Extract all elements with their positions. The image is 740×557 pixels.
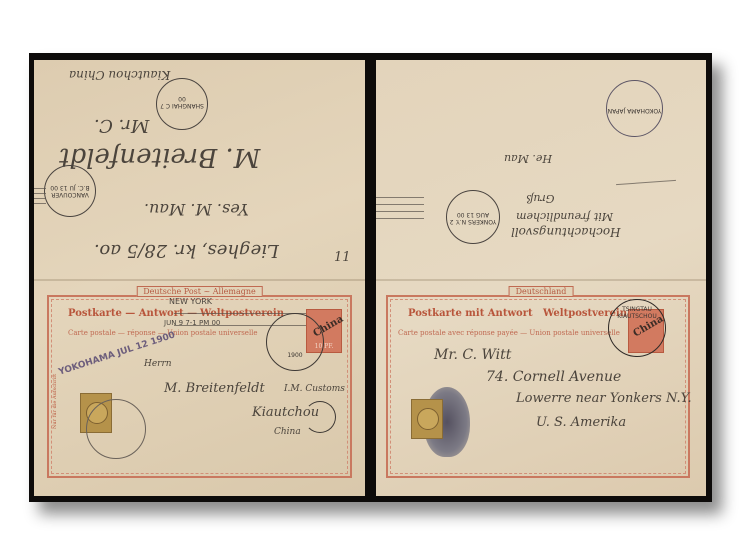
back-handwriting: Gruß <box>526 192 554 205</box>
back-handwriting: M. Breitenfeldt <box>59 142 260 172</box>
back-handwriting: Mr. C. <box>94 115 149 136</box>
back-handwriting: Yes. M. Mau. <box>144 200 249 219</box>
left-card-address-side: Deutsche Post ~ Allemagne Postkarte — An… <box>34 281 365 496</box>
yonkers-postmark: YONKERS N.Y. 2 AUG 13 00 <box>446 190 500 244</box>
partial-postmark <box>304 401 336 433</box>
card-subtitle: Carte postale avec réponse payée — Union… <box>398 329 620 337</box>
card-title: Postkarte mit Antwort <box>408 308 533 319</box>
vancouver-postmark: VANCOUVER B.C. JU 13 00 <box>44 165 96 217</box>
left-card-back: Kiautchou China Mr. C. M. Breitenfeldt Y… <box>34 60 365 279</box>
circular-postmark: 1900 <box>266 313 324 371</box>
coiling-dragon-stamp <box>411 399 443 439</box>
new-york-machine-cancel: NEW YORK <box>169 297 212 306</box>
yokohama-postmark: YOKOHAMA JAPAN <box>606 80 663 137</box>
back-handwriting: Kiautchou China <box>69 68 170 82</box>
shanghai-postmark: SHANGHAI C 7 00 <box>156 78 208 130</box>
address-line: Herrn <box>144 359 172 369</box>
back-numeral: 11 <box>334 250 351 265</box>
address-line: Mr. C. Witt <box>434 347 511 363</box>
card-banner: Deutschland <box>509 286 574 297</box>
card-banner: Deutsche Post ~ Allemagne <box>136 286 263 297</box>
address-line: 74. Cornell Avenue <box>486 369 621 385</box>
right-card-back: YOKOHAMA JAPAN YONKERS N.Y. 2 AUG 13 00 … <box>376 60 706 279</box>
back-handwriting: Lieghes, kr. 28/5 ao. <box>94 240 279 261</box>
back-handwriting: He. Mau <box>504 152 552 165</box>
address-line: I.M. Customs <box>284 384 345 394</box>
side-note: Nur für die Aufschrift <box>52 374 58 429</box>
address-line: China <box>274 427 301 437</box>
right-postal-card: YOKOHAMA JAPAN YONKERS N.Y. 2 AUG 13 00 … <box>376 60 706 496</box>
stamp-cancel-postmark <box>86 399 146 459</box>
back-handwriting: Hochachtungsvoll <box>511 225 621 239</box>
address-line: U. S. Amerika <box>536 415 626 430</box>
address-line: M. Breitenfeldt <box>164 381 265 396</box>
left-postal-card: Kiautchou China Mr. C. M. Breitenfeldt Y… <box>34 60 365 496</box>
right-card-address-side: Deutschland Postkarte mit Antwort Weltpo… <box>376 281 706 496</box>
tsingtau-postmark: TSINGTAU KIAUTSCHOU <box>608 299 666 357</box>
address-line: Lowerre near Yonkers N.Y. <box>516 391 692 406</box>
back-handwriting: Mit freundlichem <box>516 210 613 223</box>
black-mount: Kiautchou China Mr. C. M. Breitenfeldt Y… <box>29 53 712 502</box>
